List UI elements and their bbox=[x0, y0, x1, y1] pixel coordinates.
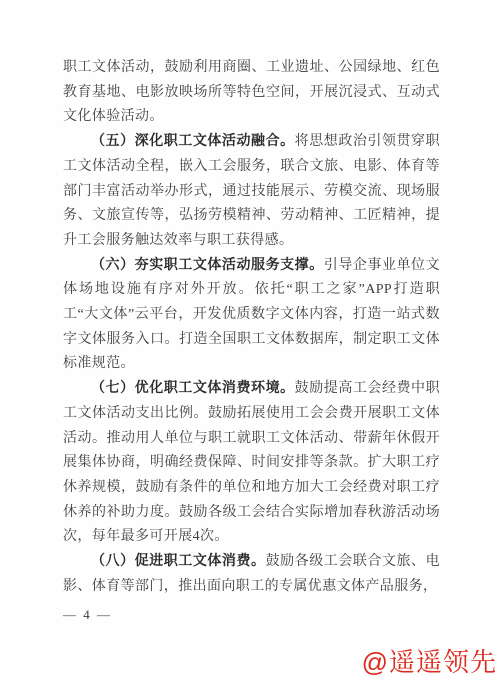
body-text: 引导企事业单位文体场地设施有序对外开放。依托“职工之家”APP打造职工“大文体”… bbox=[63, 258, 440, 372]
body-text: 职工文体活动，鼓励利用商圈、工业遗址、公园绿地、红色教育基地、电影放映场所等特色… bbox=[63, 60, 440, 124]
body-text: 将思想政治引领贯穿职工文体活动全程，嵌入工会服务，联合文旅、电影、体育等部门丰富… bbox=[63, 134, 440, 248]
para-section-5: （五）深化职工文体活动融合。将思想政治引领贯穿职工文体活动全程，嵌入工会服务，联… bbox=[63, 130, 440, 254]
para-section-8: （八）促进职工文体消费。鼓励各级工会联合文旅、电影、体育等部门，推出面向职工的专… bbox=[63, 550, 440, 599]
section-heading: （八）促进职工文体消费。 bbox=[91, 554, 266, 569]
section-heading: （七）优化职工文体消费环境。 bbox=[91, 381, 295, 396]
document-body: 职工文体活动，鼓励利用商圈、工业遗址、公园绿地、红色教育基地、电影放映场所等特色… bbox=[63, 56, 440, 599]
para-section-6: （六）夯实职工文体活动服务支撑。引导企事业单位文体场地设施有序对外开放。依托“职… bbox=[63, 254, 440, 378]
para-continuation: 职工文体活动，鼓励利用商圈、工业遗址、公园绿地、红色教育基地、电影放映场所等特色… bbox=[63, 56, 440, 130]
section-heading: （六）夯实职工文体活动服务支撑。 bbox=[91, 258, 324, 273]
watermark-text: @遥遥领先 bbox=[362, 642, 497, 679]
page-number: — 4 — bbox=[63, 607, 112, 623]
section-heading: （五）深化职工文体活动融合。 bbox=[91, 134, 295, 149]
body-text: 鼓励提高工会经费中职工文体活动支出比例。鼓励拓展使用工会会费开展职工文体活动。推… bbox=[63, 381, 440, 544]
document-page: 职工文体活动，鼓励利用商圈、工业遗址、公园绿地、红色教育基地、电影放映场所等特色… bbox=[0, 0, 500, 683]
para-section-7: （七）优化职工文体消费环境。鼓励提高工会经费中职工文体活动支出比例。鼓励拓展使用… bbox=[63, 377, 440, 550]
